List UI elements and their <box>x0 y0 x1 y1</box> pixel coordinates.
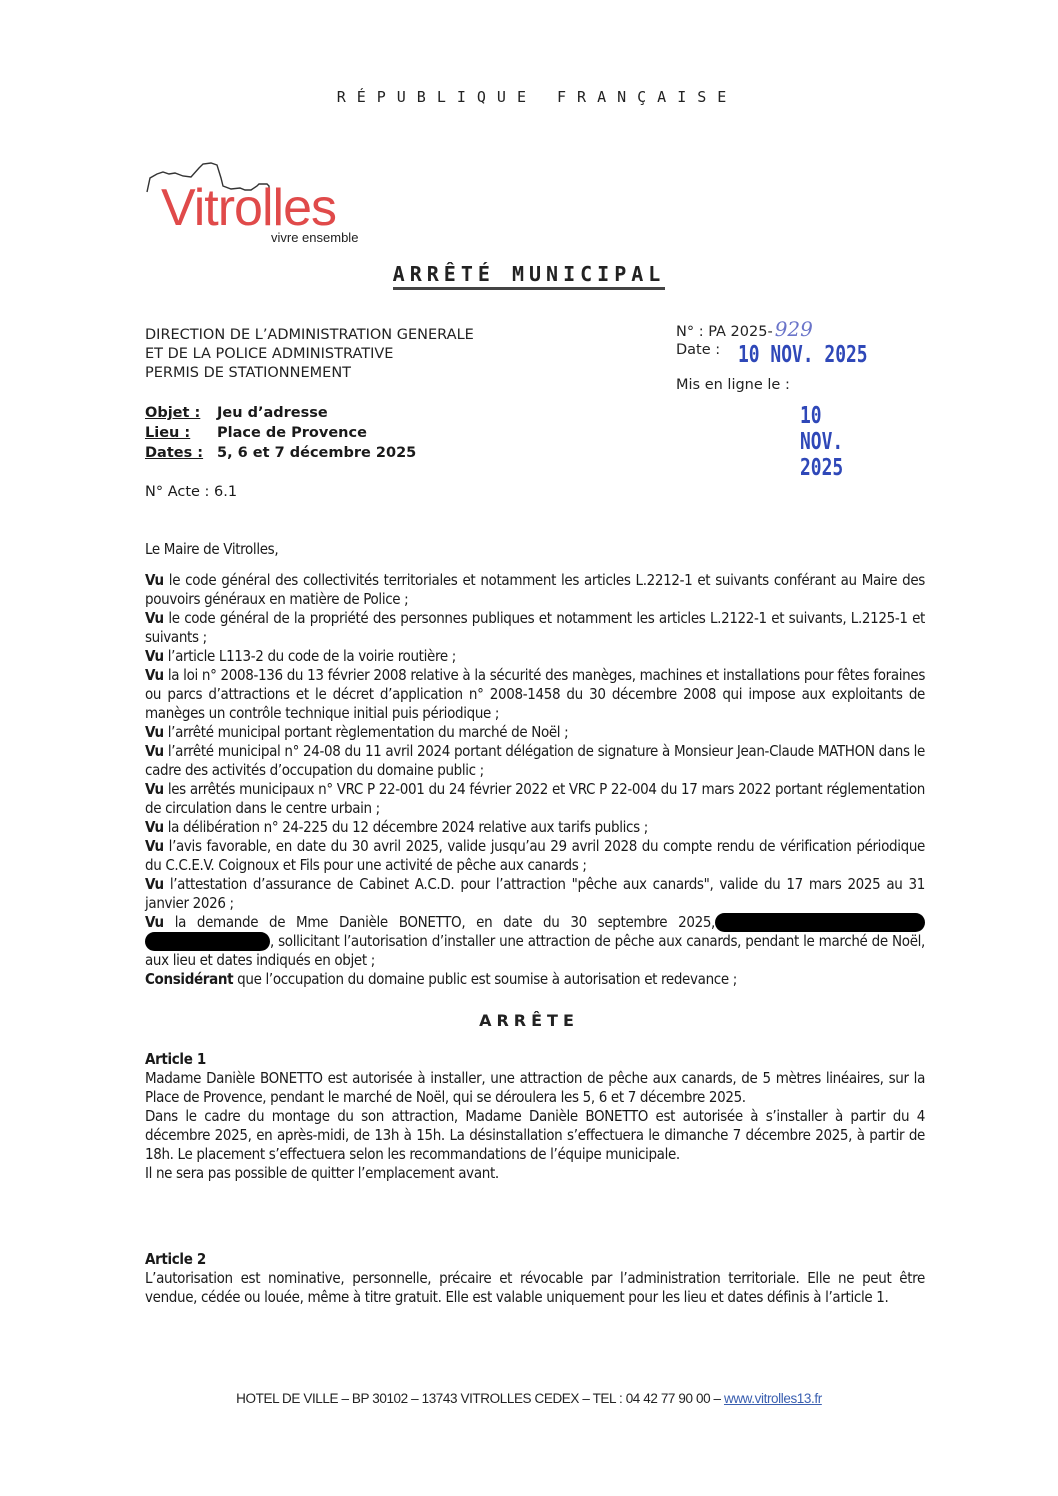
article-1: Article 1 Madame Danièle BONETTO est aut… <box>145 1050 925 1183</box>
visa-item: Vu l’article L113-2 du code de la voirie… <box>145 647 925 666</box>
online-date-stamp: 10 NOV. 2025 <box>800 403 843 481</box>
date-stamp: 10 NOV. 2025 <box>738 342 868 368</box>
footer-address-text: HOTEL DE VILLE – BP 30102 – 13743 VITROL… <box>236 1391 724 1406</box>
visa-text: la délibération n° 24-225 du 12 décembre… <box>164 818 648 836</box>
visa-lead: Vu <box>145 818 164 836</box>
article-2: Article 2 L’autorisation est nominative,… <box>145 1250 925 1307</box>
visa-lead: Vu <box>145 913 164 931</box>
salutation: Le Maire de Vitrolles, <box>145 540 925 559</box>
document-title: ARRÊTÉ MUNICIPAL <box>0 262 1058 286</box>
subject-block: Objet :Jeu d’adresse Lieu :Place de Prov… <box>145 403 416 463</box>
dates-value: 5, 6 et 7 décembre 2025 <box>217 443 416 463</box>
visa-text: les arrêtés municipaux n° VRC P 22-001 d… <box>145 780 925 817</box>
visa-lead: Vu <box>145 647 164 665</box>
dates-label: Dates : <box>145 443 217 463</box>
objet-value: Jeu d’adresse <box>217 403 328 423</box>
visa-item: Vu les arrêtés municipaux n° VRC P 22-00… <box>145 780 925 818</box>
article-paragraph: Madame Danièle BONETTO est autorisée à i… <box>145 1069 925 1107</box>
date-label: Date : <box>676 342 720 358</box>
visa-text: l’avis favorable, en date du 30 avril 20… <box>145 837 925 874</box>
objet-row: Objet :Jeu d’adresse <box>145 403 416 423</box>
visa-text: la loi n° 2008-136 du 13 février 2008 re… <box>145 666 925 722</box>
reference-number: N° : PA 2025-929 <box>676 317 813 341</box>
lieu-label: Lieu : <box>145 423 217 443</box>
online-label: Mis en ligne le : <box>676 377 790 393</box>
acte-number: N° Acte : 6.1 <box>145 484 237 500</box>
visa-item: Vu la loi n° 2008-136 du 13 février 2008… <box>145 666 925 723</box>
footer-address: HOTEL DE VILLE – BP 30102 – 13743 VITROL… <box>0 1391 1058 1406</box>
visa-lead: Vu <box>145 837 164 855</box>
objet-label: Objet : <box>145 403 217 423</box>
visa-lead: Vu <box>145 571 164 589</box>
department-line: ET DE LA POLICE ADMINISTRATIVE <box>145 345 474 364</box>
article-paragraph: L’autorisation est nominative, personnel… <box>145 1269 925 1307</box>
logo-wordmark: Vitrolles <box>161 182 336 234</box>
visa-item: Vu l’avis favorable, en date du 30 avril… <box>145 837 925 875</box>
visa-text: le code général des collectivités territ… <box>145 571 925 608</box>
website-link[interactable]: www.vitrolles13.fr <box>724 1391 822 1406</box>
visa-text: l’attestation d’assurance de Cabinet A.C… <box>145 875 925 912</box>
visa-item: Vu l’attestation d’assurance de Cabinet … <box>145 875 925 913</box>
department-line: DIRECTION DE L’ADMINISTRATION GENERALE <box>145 326 474 345</box>
lieu-value: Place de Provence <box>217 423 367 443</box>
redaction-block <box>715 913 925 932</box>
department-line: PERMIS DE STATIONNEMENT <box>145 364 474 383</box>
republique-francaise-heading: RÉPUBLIQUE FRANÇAISE <box>0 88 1058 106</box>
visa-item: Vu le code général de la propriété des p… <box>145 609 925 647</box>
considerant: Considérant que l’occupation du domaine … <box>145 970 925 989</box>
visa-lead: Vu <box>145 666 164 684</box>
visa-item: Vu le code général des collectivités ter… <box>145 571 925 609</box>
document-title-text: ARRÊTÉ MUNICIPAL <box>393 262 666 290</box>
visa-lead: Vu <box>145 875 164 893</box>
article-heading: Article 2 <box>145 1250 925 1269</box>
visa-item: Vu l’arrêté municipal n° 24-08 du 11 avr… <box>145 742 925 780</box>
considerant-lead: Considérant <box>145 970 233 988</box>
handwritten-number: 929 <box>775 317 813 341</box>
visa-demande: Vu la demande de Mme Danièle BONETTO, en… <box>145 913 925 970</box>
lieu-row: Lieu :Place de Provence <box>145 423 416 443</box>
visa-lead: Vu <box>145 742 164 760</box>
visa-item: Vu la délibération n° 24-225 du 12 décem… <box>145 818 925 837</box>
visas-list: Vu le code général des collectivités ter… <box>145 571 925 989</box>
visa-lead: Vu <box>145 609 164 627</box>
department-block: DIRECTION DE L’ADMINISTRATION GENERALE E… <box>145 326 474 383</box>
visa-text: l’arrêté municipal portant règlementatio… <box>164 723 569 741</box>
article-heading: Article 1 <box>145 1050 925 1069</box>
logo-tagline: vivre ensemble <box>271 230 358 245</box>
dates-row: Dates :5, 6 et 7 décembre 2025 <box>145 443 416 463</box>
reference-block: N° : PA 2025-929 Date :10 NOV. 2025 Mis … <box>676 317 813 341</box>
visa-lead: Vu <box>145 780 164 798</box>
visa-text: la demande de Mme Danièle BONETTO, en da… <box>164 913 715 931</box>
considerant-text: que l’occupation du domaine public est s… <box>233 970 737 988</box>
visa-text: l’article L113-2 du code de la voirie ro… <box>164 647 456 665</box>
visa-item: Vu l’arrêté municipal portant règlementa… <box>145 723 925 742</box>
article-paragraph: Dans le cadre du montage du son attracti… <box>145 1107 925 1164</box>
visa-text: l’arrêté municipal n° 24-08 du 11 avril … <box>145 742 925 779</box>
visa-lead: Vu <box>145 723 164 741</box>
reference-number-label: N° : PA 2025- <box>676 324 773 340</box>
redaction-block <box>145 932 270 951</box>
vitrolles-logo: Vitrolles vivre ensemble <box>145 160 395 250</box>
visa-text: le code général de la propriété des pers… <box>145 609 925 646</box>
arrete-heading: ARRÊTE <box>0 1011 1058 1030</box>
article-paragraph: Il ne sera pas possible de quitter l’emp… <box>145 1164 925 1183</box>
date-row: Date :10 NOV. 2025 <box>676 342 720 358</box>
